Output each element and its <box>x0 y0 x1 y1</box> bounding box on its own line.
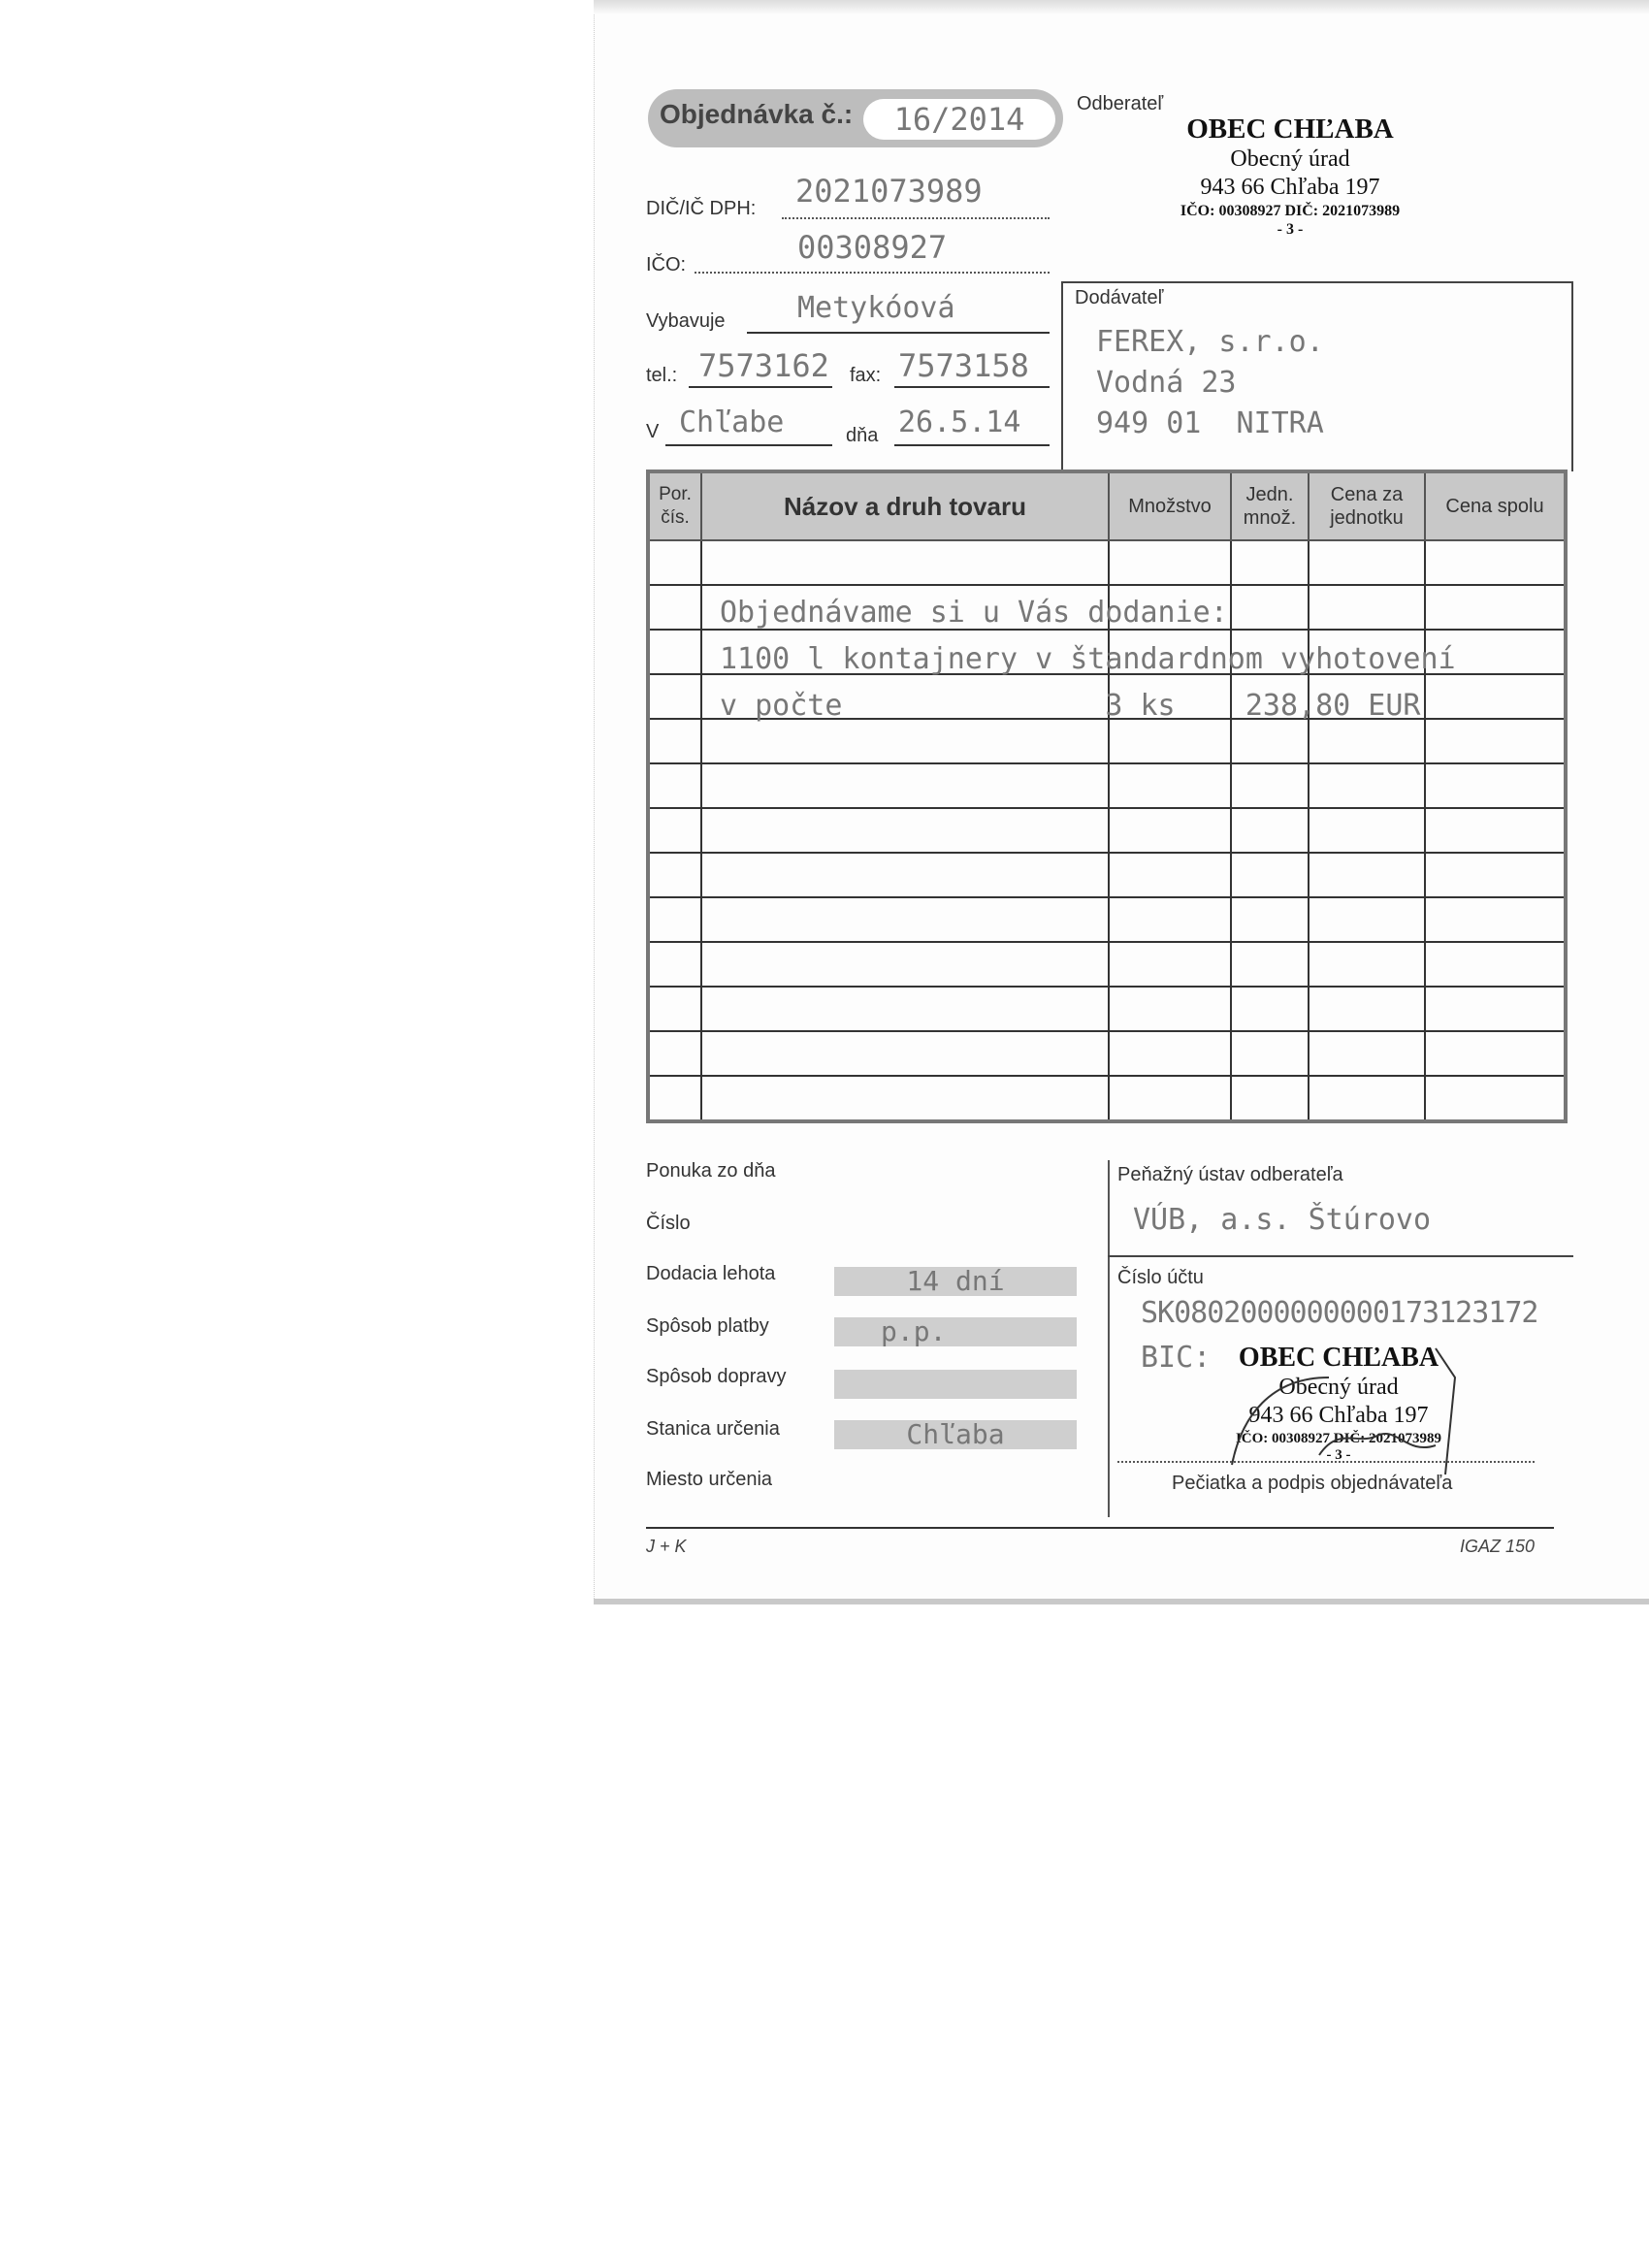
station-label: Stanica určenia <box>646 1418 780 1441</box>
table-cell <box>1309 1031 1425 1076</box>
customer-name: OBEC CHĽABA <box>1125 113 1455 146</box>
place-value: Chľabe <box>679 405 784 439</box>
table-cell <box>701 1031 1109 1076</box>
table-cell <box>1425 1076 1566 1121</box>
signature-line <box>1117 1459 1535 1463</box>
col-unit-price: Cena za jednotku <box>1309 471 1425 540</box>
payment-field: p.p. <box>834 1317 1077 1346</box>
table-cell <box>1309 897 1425 942</box>
date-line <box>894 444 1050 446</box>
typed-line <box>720 543 1456 590</box>
dic-value: 2021073989 <box>795 173 983 210</box>
table-cell <box>1231 763 1309 808</box>
typed-line: 1100 l kontajnery v štandardnom vyhotove… <box>720 636 1456 683</box>
supplier-street: Vodná 23 <box>1096 363 1324 404</box>
table-cell <box>1109 808 1231 853</box>
table-row <box>648 942 1566 987</box>
table-cell <box>648 1076 701 1121</box>
table-cell <box>648 897 701 942</box>
signature-label: Pečiatka a podpis objednávateľa <box>1172 1473 1452 1495</box>
form-code: IGAZ 150 <box>1460 1537 1535 1557</box>
table-cell <box>701 942 1109 987</box>
handled-by-value: Metykóová <box>797 291 955 325</box>
table-cell <box>648 585 701 630</box>
table-cell <box>1109 853 1231 897</box>
bank-label: Peňažný ústav odberateľa <box>1117 1164 1343 1186</box>
handled-by-line <box>747 332 1050 334</box>
typed-line: v počte 3 ks 238,80 EUR <box>720 683 1456 729</box>
table-cell <box>648 719 701 763</box>
table-cell <box>1425 942 1566 987</box>
table-cell <box>1231 1076 1309 1121</box>
form-footer-rule <box>646 1527 1554 1529</box>
account-value: SK0802000000000173123172 <box>1141 1296 1537 1330</box>
table-cell <box>1425 987 1566 1031</box>
customer-address: 943 66 Chľaba 197 <box>1125 173 1455 202</box>
tel-line <box>689 386 832 388</box>
table-cell <box>1425 853 1566 897</box>
col-unit: Jedn. množ. <box>1231 471 1309 540</box>
handled-by-label: Vybavuje <box>646 310 726 333</box>
col-order-number: Por. čís. <box>648 471 701 540</box>
delivery-term-field: 14 dní <box>834 1267 1077 1296</box>
table-row <box>648 897 1566 942</box>
customer-stamp: OBEC CHĽABA Obecný úrad 943 66 Chľaba 19… <box>1125 113 1455 239</box>
table-cell <box>1109 1031 1231 1076</box>
customer-office: Obecný úrad <box>1125 146 1455 173</box>
transport-field <box>834 1370 1077 1399</box>
station-field: Chľaba <box>834 1420 1077 1449</box>
table-cell <box>701 853 1109 897</box>
tel-value: 7573162 <box>698 347 829 384</box>
table-cell <box>648 630 701 674</box>
table-cell <box>648 763 701 808</box>
table-cell <box>648 853 701 897</box>
table-cell <box>701 987 1109 1031</box>
fax-label: fax: <box>850 365 881 387</box>
page-bottom-edge <box>594 1599 1649 1604</box>
table-cell <box>1309 1076 1425 1121</box>
date-label: dňa <box>846 425 878 447</box>
place-line <box>665 444 832 446</box>
table-cell <box>648 942 701 987</box>
table-cell <box>1109 942 1231 987</box>
order-number-value: 16/2014 <box>863 99 1055 140</box>
table-cell <box>1309 808 1425 853</box>
offer-date-label: Ponuka zo dňa <box>646 1160 775 1183</box>
table-cell <box>1425 763 1566 808</box>
table-cell <box>1309 987 1425 1031</box>
table-cell <box>1109 763 1231 808</box>
table-row <box>648 987 1566 1031</box>
table-cell <box>648 1031 701 1076</box>
table-cell <box>701 1076 1109 1121</box>
ico-value: 00308927 <box>797 229 947 266</box>
form-publisher: J + K <box>646 1537 687 1557</box>
table-cell <box>1309 853 1425 897</box>
table-row <box>648 808 1566 853</box>
table-cell <box>1231 853 1309 897</box>
table-cell <box>1231 1031 1309 1076</box>
table-cell <box>1309 763 1425 808</box>
table-cell <box>1231 987 1309 1031</box>
table-cell <box>648 674 701 719</box>
supplier-address: FEREX, s.r.o. Vodná 23 949 01 NITRA <box>1096 322 1324 444</box>
table-row <box>648 1076 1566 1121</box>
table-cell <box>648 987 701 1031</box>
items-header-row: Por. čís. Názov a druh tovaru Množstvo J… <box>648 471 1566 540</box>
typed-order-text: Objednávame si u Vás dodanie:1100 l kont… <box>720 543 1456 729</box>
table-row <box>648 763 1566 808</box>
dic-label: DIČ/IČ DPH: <box>646 198 756 220</box>
table-cell <box>701 808 1109 853</box>
table-cell <box>1109 897 1231 942</box>
table-cell <box>1425 1031 1566 1076</box>
table-cell <box>1109 987 1231 1031</box>
table-cell <box>1309 942 1425 987</box>
transport-label: Spôsob dopravy <box>646 1366 787 1388</box>
col-quantity: Množstvo <box>1109 471 1231 540</box>
table-cell <box>1231 808 1309 853</box>
bank-divider <box>1108 1255 1573 1257</box>
col-item-name: Názov a druh tovaru <box>701 471 1109 540</box>
page-top-edge <box>594 0 1649 14</box>
footer-vertical-divider <box>1108 1160 1110 1517</box>
table-cell <box>701 897 1109 942</box>
table-row <box>648 853 1566 897</box>
table-cell <box>1231 942 1309 987</box>
customer-stamp-number: - 3 - <box>1125 221 1455 239</box>
table-cell <box>1425 897 1566 942</box>
supplier-label: Dodávateľ <box>1075 287 1163 309</box>
order-number-label: Objednávka č.: <box>660 99 853 130</box>
ico-label: IČO: <box>646 254 686 276</box>
place-label: V <box>646 421 659 443</box>
supplier-city: 949 01 NITRA <box>1096 404 1324 444</box>
fax-line <box>894 386 1050 388</box>
supplier-name: FEREX, s.r.o. <box>1096 322 1324 363</box>
table-cell <box>701 763 1109 808</box>
destination-label: Miesto určenia <box>646 1469 772 1491</box>
col-total-price: Cena spolu <box>1425 471 1566 540</box>
table-cell <box>1109 1076 1231 1121</box>
tel-label: tel.: <box>646 365 677 387</box>
table-row <box>648 1031 1566 1076</box>
fax-value: 7573158 <box>898 347 1029 384</box>
typed-line: Objednávame si u Vás dodanie: <box>720 590 1456 636</box>
payment-value: p.p. <box>881 1315 946 1347</box>
table-cell <box>1231 897 1309 942</box>
table-cell <box>1425 808 1566 853</box>
table-cell <box>648 540 701 585</box>
bank-value: VÚB, a.s. Štúrovo <box>1133 1203 1431 1237</box>
date-value: 26.5.14 <box>898 405 1020 439</box>
delivery-term-label: Dodacia lehota <box>646 1263 775 1285</box>
payment-label: Spôsob platby <box>646 1315 769 1338</box>
table-cell <box>648 808 701 853</box>
number-label: Číslo <box>646 1213 691 1235</box>
account-label: Číslo účtu <box>1117 1267 1204 1289</box>
customer-ids: IČO: 00308927 DIČ: 2021073989 <box>1125 202 1455 221</box>
